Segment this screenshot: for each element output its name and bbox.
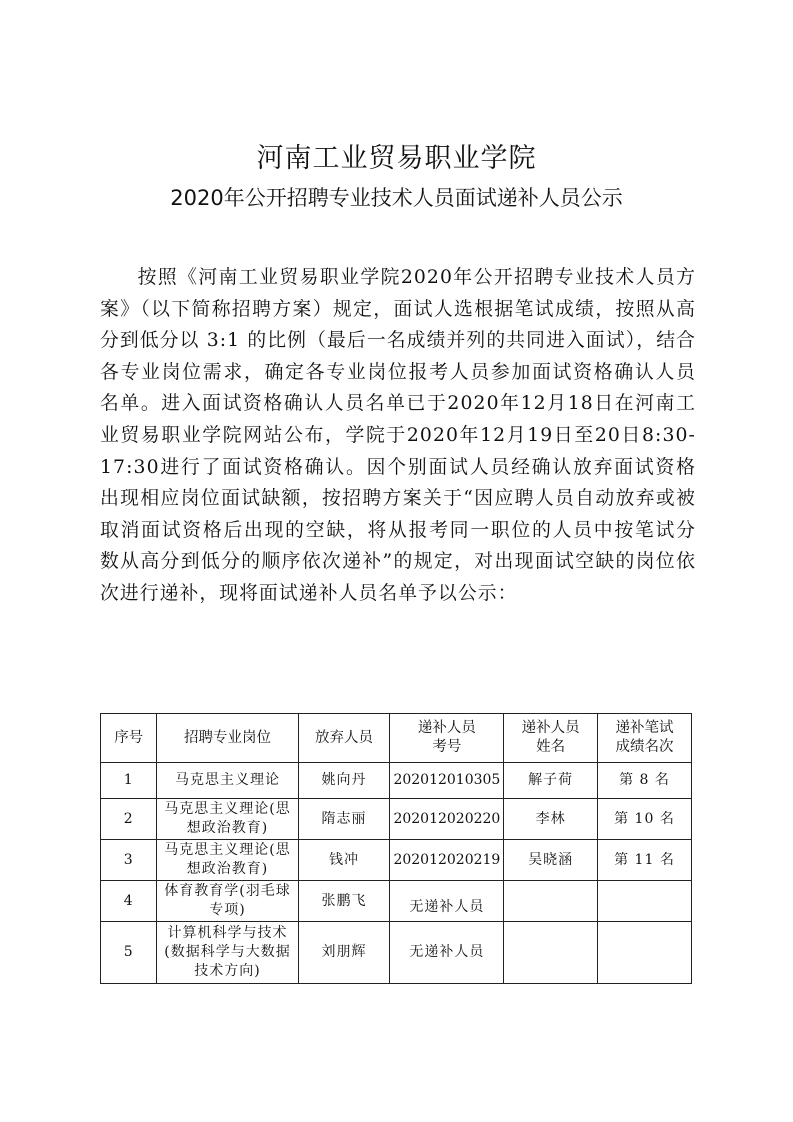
cell-rank [597,881,691,922]
table-row: 4 体育教育学(羽毛球专项) 张鹏飞 无递补人员 [101,881,692,922]
cell-name [504,881,598,922]
cell-no: 2 [101,799,157,840]
table-row: 5 计算机科学与技术(数据科学与大数据技术方向) 刘朋辉 无递补人员 [101,922,692,984]
header-substitute-name: 递补人员姓名 [504,714,598,763]
header-position: 招聘专业岗位 [157,714,298,763]
cell-position: 马克思主义理论 [157,763,298,799]
cell-rank: 第 10 名 [597,799,691,840]
cell-name [504,922,598,984]
cell-name: 解子荷 [504,763,598,799]
cell-position: 马克思主义理论(思想政治教育) [157,799,298,840]
table-row: 2 马克思主义理论(思想政治教育) 隋志丽 202012020220 李林 第 … [101,799,692,840]
cell-no: 3 [101,840,157,881]
cell-position: 体育教育学(羽毛球专项) [157,881,298,922]
cell-withdrawn: 钱冲 [298,840,390,881]
header-rank: 递补笔试成绩名次 [597,714,691,763]
cell-rank: 第 11 名 [597,840,691,881]
cell-position: 计算机科学与技术(数据科学与大数据技术方向) [157,922,298,984]
header-serial-number: 序号 [101,714,157,763]
cell-withdrawn: 姚向丹 [298,763,390,799]
cell-name: 李林 [504,799,598,840]
cell-rank [597,922,691,984]
table-row: 3 马克思主义理论(思想政治教育) 钱冲 202012020219 吴晓涵 第 … [101,840,692,881]
cell-withdrawn: 刘朋辉 [298,922,390,984]
cell-withdrawn: 隋志丽 [298,799,390,840]
cell-exam-id: 202012010305 [390,763,504,799]
cell-exam-id: 202012020220 [390,799,504,840]
table-row: 1 马克思主义理论 姚向丹 202012010305 解子荷 第 8 名 [101,763,692,799]
document-title: 河南工业贸易职业学院 [0,142,793,176]
cell-rank: 第 8 名 [597,763,691,799]
table-header-row: 序号 招聘专业岗位 放弃人员 递补人员考号 递补人员姓名 递补笔试成绩名次 [101,714,692,763]
cell-exam-id: 无递补人员 [390,881,504,922]
cell-no: 1 [101,763,157,799]
cell-position: 马克思主义理论(思想政治教育) [157,840,298,881]
cell-withdrawn: 张鹏飞 [298,881,390,922]
header-withdrawn: 放弃人员 [298,714,390,763]
cell-exam-id: 无递补人员 [390,922,504,984]
cell-exam-id: 202012020219 [390,840,504,881]
substitute-candidates-table: 序号 招聘专业岗位 放弃人员 递补人员考号 递补人员姓名 递补笔试成绩名次 1 … [100,713,692,984]
cell-name: 吴晓涵 [504,840,598,881]
cell-no: 5 [101,922,157,984]
header-exam-id: 递补人员考号 [390,714,504,763]
cell-no: 4 [101,881,157,922]
notice-body-paragraph: 按照《河南工业贸易职业学院2020年公开招聘专业技术人员方案》（以下简称招聘方案… [100,262,696,610]
document-subtitle: 2020年公开招聘专业技术人员面试递补人员公示 [0,184,793,212]
